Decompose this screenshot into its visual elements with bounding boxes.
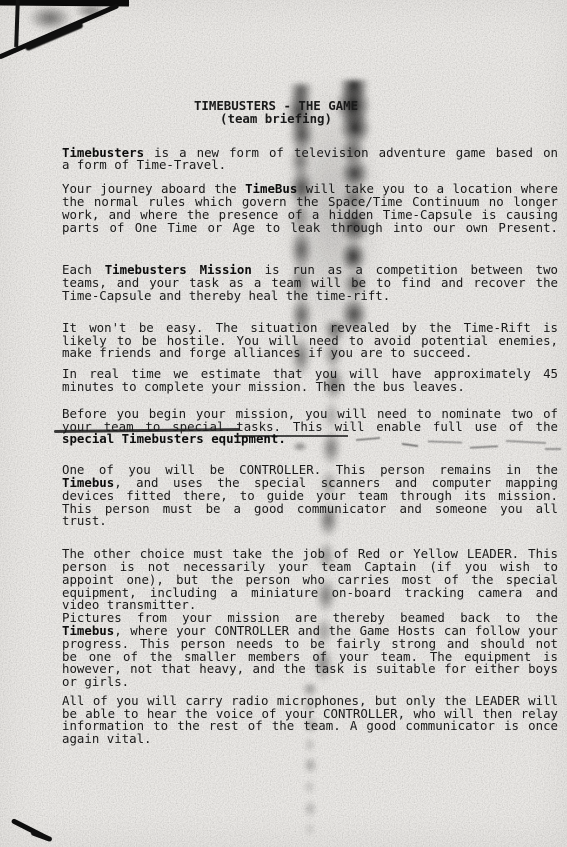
scanned-document-page: TIMEBUSTERS - THE GAME (team briefing) T…	[0, 0, 567, 847]
paragraph-line: trust.	[62, 515, 558, 528]
paragraph: The other choice must take the job of Re…	[62, 548, 558, 689]
paragraph: In real time we estimate that you will h…	[62, 368, 558, 394]
paragraph: Timebusters is a new form of television …	[62, 147, 558, 173]
paragraph-line: make friends and forge alliances if you …	[62, 347, 558, 360]
paragraph-line: again vital.	[62, 733, 558, 746]
text: again vital.	[62, 731, 152, 746]
folded-corner-mark	[0, 0, 129, 6]
paragraph-line: parts of One Time or Age to leak through…	[62, 222, 558, 235]
folded-corner-mark	[24, 21, 84, 52]
document-subtitle: (team briefing)	[62, 113, 490, 126]
bold-text: special Timebusters equipment.	[62, 431, 286, 446]
text: make friends and forge alliances if you …	[62, 345, 472, 360]
pen-mark	[30, 830, 52, 842]
text: a form of Time-Travel.	[62, 157, 226, 172]
document-body: TIMEBUSTERS - THE GAME (team briefing) T…	[62, 100, 558, 746]
paragraph-line: however, not that heavy, and the task is…	[62, 663, 558, 676]
paragraph: It won't be easy. The situation revealed…	[62, 322, 558, 360]
paragraph-line: minutes to complete your mission. Then t…	[62, 381, 558, 394]
text: however, not that heavy, and the task is…	[62, 661, 558, 676]
folded-corner-mark	[14, 0, 20, 47]
paragraph-line: or girls.	[62, 676, 558, 689]
ink-smudge	[28, 5, 72, 31]
paragraph: Your journey aboard the TimeBus will tak…	[62, 183, 558, 234]
text: or girls.	[62, 674, 129, 689]
text: trust.	[62, 513, 107, 528]
paragraph-line: Time-Capsule and thereby heal the time-r…	[62, 290, 558, 303]
paragraph: One of you will be CONTROLLER. This pers…	[62, 464, 558, 528]
text: Time-Capsule and thereby heal the time-r…	[62, 288, 390, 303]
paragraph: Before you begin your mission, you will …	[62, 408, 558, 446]
text: minutes to complete your mission. Then t…	[62, 379, 465, 394]
paragraph-line: a form of Time-Travel.	[62, 159, 558, 172]
ink-smudge	[74, 3, 108, 19]
paragraph: Each Timebusters Mission is run as a com…	[62, 264, 558, 302]
paragraph-line: This person must be a good communicator …	[62, 503, 558, 516]
pen-mark	[11, 818, 51, 841]
folded-corner-mark	[0, 3, 119, 59]
paragraph: All of you will carry radio microphones,…	[62, 695, 558, 746]
text: parts of One Time or Age to leak through…	[62, 220, 558, 235]
text: This person must be a good communicator …	[62, 501, 558, 516]
document-title-block: TIMEBUSTERS - THE GAME (team briefing)	[62, 100, 490, 126]
paragraph-line: special Timebusters equipment.	[62, 433, 558, 446]
